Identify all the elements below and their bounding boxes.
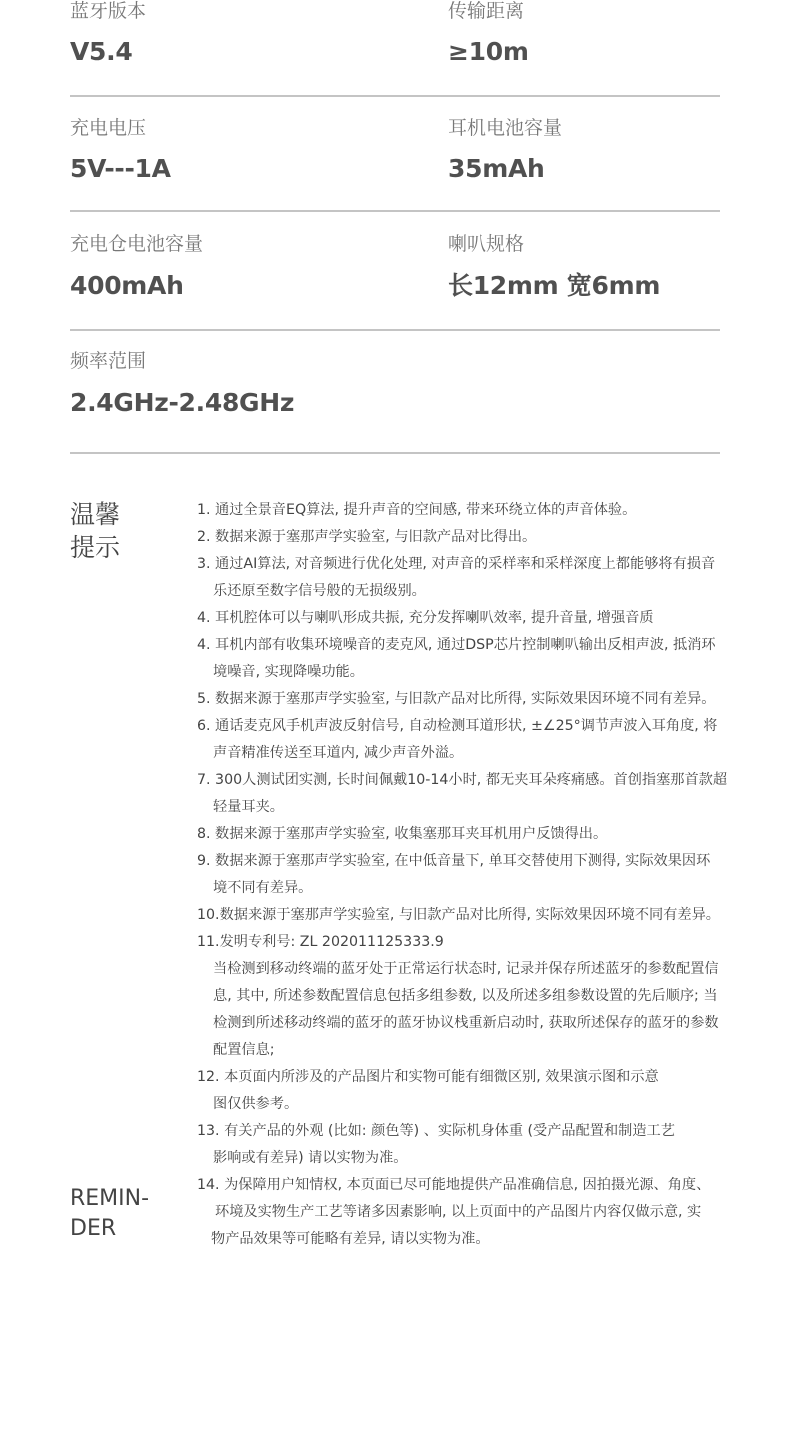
- note-item: 4. 耳机腔体可以与喇叭形成共振, 充分发挥喇叭效率, 提升音量, 增强音质: [197, 605, 757, 632]
- note-line: 7. 300人测试团实测, 长时间佩戴10-14小时, 都无夹耳朵疼痛感。首创指…: [197, 767, 757, 794]
- spec-label: 蓝牙版本: [70, 0, 146, 23]
- note-line: 2. 数据来源于塞那声学实验室, 与旧款产品对比得出。: [197, 524, 757, 551]
- spec-label: 充电仓电池容量: [70, 232, 203, 256]
- note-item: 6. 通话麦克风手机声波反射信号, 自动检测耳道形状, ±∠25°调节声波入耳角…: [197, 713, 757, 767]
- note-line: 境不同有差异。: [197, 875, 757, 902]
- note-line: 环境及实物生产工艺等诸多因素影响, 以上页面中的产品图片内容仅做示意, 实: [197, 1199, 757, 1226]
- note-item: 2. 数据来源于塞那声学实验室, 与旧款产品对比得出。: [197, 524, 757, 551]
- divider: [70, 452, 720, 454]
- note-item: 7. 300人测试团实测, 长时间佩戴10-14小时, 都无夹耳朵疼痛感。首创指…: [197, 767, 757, 821]
- note-line: 物产品效果等可能略有差异, 请以实物为准。: [197, 1226, 757, 1253]
- note-item: 10.数据来源于塞那声学实验室, 与旧款产品对比所得, 实际效果因环境不同有差异…: [197, 902, 757, 929]
- note-line: 3. 通过AI算法, 对音频进行优化处理, 对声音的采样率和采样深度上都能够将有…: [197, 551, 757, 578]
- spec-value: 长12mm 宽6mm: [448, 271, 660, 301]
- notes-title-line: 温馨: [70, 498, 150, 531]
- note-line: 4. 耳机内部有收集环境噪音的麦克风, 通过DSP芯片控制喇叭输出反相声波, 抵…: [197, 632, 757, 659]
- note-line: 10.数据来源于塞那声学实验室, 与旧款产品对比所得, 实际效果因环境不同有差异…: [197, 902, 757, 929]
- spec-value: 35mAh: [448, 154, 545, 184]
- note-line: 图仅供参考。: [197, 1091, 757, 1118]
- reminder-title-line: REMIN-: [70, 1184, 149, 1214]
- spec-value: 400mAh: [70, 271, 184, 301]
- spec-label: 频率范围: [70, 349, 146, 373]
- note-item: 5. 数据来源于塞那声学实验室, 与旧款产品对比所得, 实际效果因环境不同有差异…: [197, 686, 757, 713]
- note-line: 声音精准传送至耳道内, 减少声音外溢。: [197, 740, 757, 767]
- note-line: 检测到所述移动终端的蓝牙的蓝牙协议栈重新启动时, 获取所述保存的蓝牙的参数: [197, 1010, 757, 1037]
- note-line: 息, 其中, 所述参数配置信息包括多组参数, 以及所述多组参数设置的先后顺序; …: [197, 983, 757, 1010]
- note-line: 配置信息;: [197, 1037, 757, 1064]
- notes-title: 温馨 提示: [70, 498, 150, 564]
- note-line: 1. 通过全景音EQ算法, 提升声音的空间感, 带来环绕立体的声音体验。: [197, 497, 757, 524]
- reminder-title-line: DER: [70, 1214, 149, 1244]
- note-item: 14. 为保障用户知情权, 本页面已尽可能地提供产品准确信息, 因拍摄光源、角度…: [197, 1172, 757, 1253]
- note-line: 6. 通话麦克风手机声波反射信号, 自动检测耳道形状, ±∠25°调节声波入耳角…: [197, 713, 757, 740]
- note-line: 8. 数据来源于塞那声学实验室, 收集塞那耳夹耳机用户反馈得出。: [197, 821, 757, 848]
- note-line: 轻量耳夹。: [197, 794, 757, 821]
- note-line: 当检测到移动终端的蓝牙处于正常运行状态时, 记录并保存所述蓝牙的参数配置信: [197, 956, 757, 983]
- note-item: 9. 数据来源于塞那声学实验室, 在中低音量下, 单耳交替使用下测得, 实际效果…: [197, 848, 757, 902]
- notes-title-line: 提示: [70, 531, 150, 564]
- spec-value: 2.4GHz-2.48GHz: [70, 388, 294, 418]
- spec-value: V5.4: [70, 37, 132, 67]
- spec-label: 耳机电池容量: [448, 116, 562, 140]
- note-line: 4. 耳机腔体可以与喇叭形成共振, 充分发挥喇叭效率, 提升音量, 增强音质: [197, 605, 757, 632]
- note-item: 8. 数据来源于塞那声学实验室, 收集塞那耳夹耳机用户反馈得出。: [197, 821, 757, 848]
- note-line: 13. 有关产品的外观 (比如: 颜色等) 、实际机身体重 (受产品配置和制造工…: [197, 1118, 757, 1145]
- reminder-title: REMIN- DER: [70, 1184, 149, 1244]
- note-line: 影响或有差异) 请以实物为准。: [197, 1145, 757, 1172]
- note-item: 4. 耳机内部有收集环境噪音的麦克风, 通过DSP芯片控制喇叭输出反相声波, 抵…: [197, 632, 757, 686]
- note-line: 12. 本页面内所涉及的产品图片和实物可能有细微区别, 效果演示图和示意: [197, 1064, 757, 1091]
- note-item: 1. 通过全景音EQ算法, 提升声音的空间感, 带来环绕立体的声音体验。: [197, 497, 757, 524]
- spec-label: 充电电压: [70, 116, 146, 140]
- spec-value: ≥10m: [448, 37, 529, 67]
- note-line: 14. 为保障用户知情权, 本页面已尽可能地提供产品准确信息, 因拍摄光源、角度…: [197, 1172, 757, 1199]
- note-line: 5. 数据来源于塞那声学实验室, 与旧款产品对比所得, 实际效果因环境不同有差异…: [197, 686, 757, 713]
- spec-label: 喇叭规格: [448, 232, 524, 256]
- spec-label: 传输距离: [448, 0, 524, 23]
- divider: [70, 329, 720, 331]
- note-item: 12. 本页面内所涉及的产品图片和实物可能有细微区别, 效果演示图和示意 图仅供…: [197, 1064, 757, 1118]
- note-line: 9. 数据来源于塞那声学实验室, 在中低音量下, 单耳交替使用下测得, 实际效果…: [197, 848, 757, 875]
- divider: [70, 210, 720, 212]
- note-line: 11.发明专利号: ZL 202011125333.9: [197, 929, 757, 956]
- note-item: 3. 通过AI算法, 对音频进行优化处理, 对声音的采样率和采样深度上都能够将有…: [197, 551, 757, 605]
- note-line: 境噪音, 实现降噪功能。: [197, 659, 757, 686]
- divider: [70, 95, 720, 97]
- note-item: 13. 有关产品的外观 (比如: 颜色等) 、实际机身体重 (受产品配置和制造工…: [197, 1118, 757, 1172]
- note-line: 乐还原至数字信号般的无损级别。: [197, 578, 757, 605]
- note-item: 11.发明专利号: ZL 202011125333.9 当检测到移动终端的蓝牙处…: [197, 929, 757, 1064]
- notes-list: 1. 通过全景音EQ算法, 提升声音的空间感, 带来环绕立体的声音体验。 2. …: [197, 497, 757, 1253]
- spec-value: 5V---1A: [70, 154, 171, 184]
